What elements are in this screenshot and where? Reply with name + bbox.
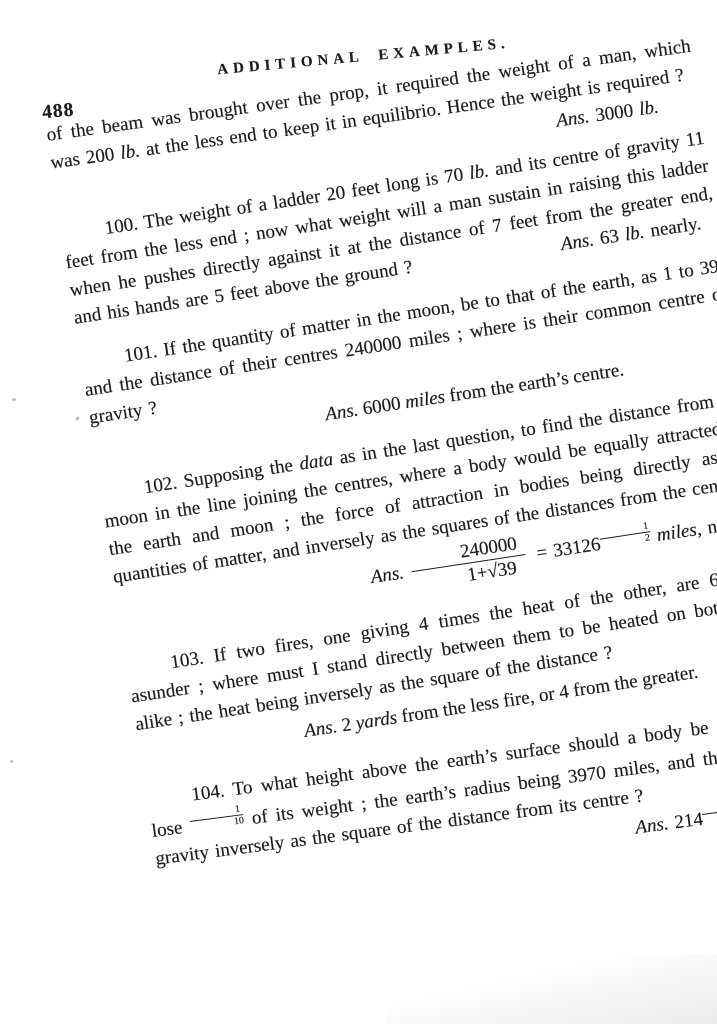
- inline-fraction: 12: [598, 521, 652, 551]
- text-segment: Ans.: [324, 400, 360, 426]
- scan-speck: [75, 416, 81, 422]
- text-segment: miles: [404, 386, 447, 413]
- scan-speck: [10, 760, 13, 763]
- text-segment: lb.: [638, 97, 660, 120]
- text-segment: 214: [667, 808, 704, 833]
- text-segment: data: [298, 449, 335, 475]
- text-segment: 63: [592, 225, 626, 250]
- text-segment: nearly.: [643, 213, 703, 242]
- header-spacer: [617, 20, 687, 26]
- text-segment: miles: [655, 519, 698, 546]
- scan-speck: [12, 398, 16, 401]
- text-segment: Ans.: [634, 813, 670, 838]
- text-segment: yards: [354, 707, 398, 734]
- text-segment: Ans.: [555, 106, 591, 131]
- text-segment: Ans.: [559, 229, 595, 255]
- text-segment: 6000: [357, 392, 407, 420]
- inline-fraction: 110: [188, 803, 244, 833]
- text-segment: , nearly.: [695, 510, 717, 540]
- scanned-book-page: 488 ADDITIONAL EXAMPLES. of the beam was…: [0, 0, 717, 1024]
- fraction: 2400001+√39: [408, 532, 529, 594]
- inline-fraction: 34: [701, 796, 717, 825]
- text-segment: 3000: [588, 99, 641, 127]
- text-segment: = 33126: [529, 534, 602, 565]
- text-segment: Ans.: [303, 716, 339, 742]
- answer-label: Ans.: [369, 562, 405, 588]
- page-curl-shadow: [387, 954, 717, 1024]
- page-text-block: 488 ADDITIONAL EXAMPLES. of the beam was…: [38, 0, 717, 920]
